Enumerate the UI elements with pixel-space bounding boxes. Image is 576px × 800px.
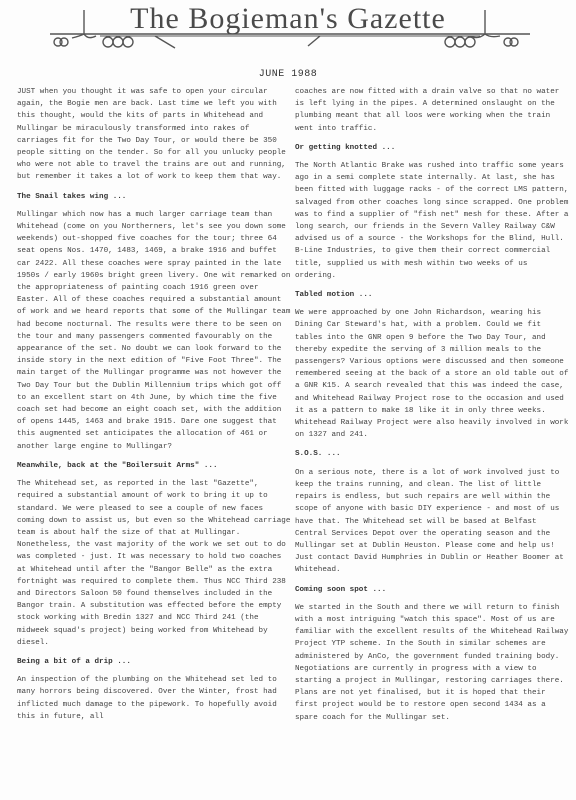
section-heading: Tabled motion ... (295, 289, 569, 301)
section-body: Mullingar which now has a much larger ca… (17, 209, 291, 453)
section-heading: Meanwhile, back at the "Boilersuit Arms"… (17, 460, 291, 472)
left-column: JUST when you thought it was safe to ope… (17, 86, 291, 730)
issue-date: JUNE 1988 (0, 69, 576, 80)
section-body: An inspection of the plumbing on the Whi… (17, 674, 291, 723)
right-column: coaches are now fitted with a drain valv… (295, 86, 569, 731)
intro-paragraph: JUST when you thought it was safe to ope… (17, 86, 291, 184)
continuation-paragraph: coaches are now fitted with a drain valv… (295, 86, 569, 135)
newsletter-title: The Bogieman's Gazette (0, 2, 576, 36)
section-body: The North Atlantic Brake was rushed into… (295, 160, 569, 282)
section-body: On a serious note, there is a lot of wor… (295, 467, 569, 577)
section-body: We were approached by one John Richardso… (295, 307, 569, 441)
section-heading: Being a bit of a drip ... (17, 656, 291, 668)
section-body: We started in the South and there we wil… (295, 602, 569, 724)
masthead: The Bogieman's Gazette JUNE 1988 (0, 0, 576, 72)
section-heading: Or getting knotted ... (295, 142, 569, 154)
section-body: The Whitehead set, as reported in the la… (17, 478, 291, 649)
section-heading: The Snail takes wing ... (17, 191, 291, 203)
section-heading: Coming soon spot ... (295, 584, 569, 596)
section-heading: S.O.S. ... (295, 448, 569, 460)
